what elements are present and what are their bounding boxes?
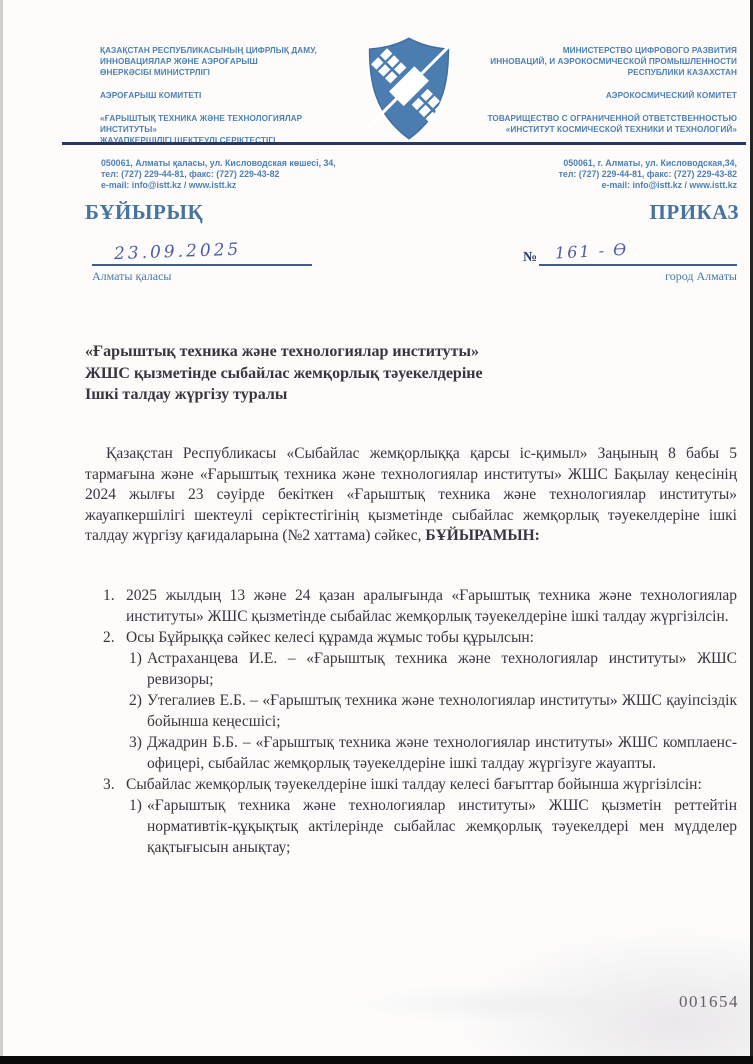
scan-edge-left [0, 0, 3, 1064]
order-subject: «Ғарыштық техника және технологиялар инс… [85, 341, 685, 406]
org-line: ӨНЕРКӘСІБІ МИНИСТРЛІГІ [100, 67, 352, 78]
address-line: тел: (727) 229-44-81, факс: (727) 229-43… [559, 169, 737, 180]
address-line: e-mail: info@istt.kz / www.istt.kz [559, 180, 737, 191]
order-item-2-sub-1: 1)Астраханцева И.Е. – «Ғарыштық техника … [85, 648, 737, 690]
item-number: 3. [103, 774, 115, 795]
item-text: 2025 жылдың 13 және 24 қазан аралығында … [126, 587, 737, 625]
order-items: 1.2025 жылдың 13 және 24 қазан аралығынд… [85, 585, 737, 858]
handwritten-number: 161 - Ө [539, 238, 629, 267]
scan-smudge [353, 984, 613, 1024]
order-title-russian: ПРИКАЗ [650, 200, 739, 225]
date-block: 23.09.2025 Алматы қаласы [92, 238, 312, 284]
subitem-text: Джадрин Б.Б. – «Ғарыштық техника және те… [147, 734, 737, 772]
subject-line: «Ғарыштық техника және технологиялар инс… [85, 341, 685, 363]
handwritten-date: 23.09.2025 [92, 234, 313, 268]
org-line: ИННОВАЦИЙ, И АЭРОКОСМИЧЕСКОЙ ПРОМЫШЛЕННО… [437, 56, 737, 67]
ministry-name-ru: МИНИСТЕРСТВО ЦИФРОВОГО РАЗВИТИЯ ИННОВАЦИ… [437, 45, 737, 78]
subitem-number: 1) [129, 648, 142, 669]
org-line: «ИНСТИТУТ КОСМИЧЕСКОЙ ТЕХНИКИ И ТЕХНОЛОГ… [437, 124, 737, 135]
number-row: № 161 - Ө [523, 240, 737, 266]
number-block: № 161 - Ө город Алматы [523, 240, 737, 284]
place-kazakh: Алматы қаласы [92, 269, 312, 284]
subitem-text: «Ғарыштық техника және технологиялар инс… [147, 797, 737, 856]
order-item-2-sub-2: 2)Утегалиев Е.Б. – «Ғарыштық техника жән… [85, 690, 737, 732]
number-underline: 161 - Ө [539, 240, 737, 266]
address-line: 050061, Алматы қаласы, ул. Кисловодская … [101, 158, 336, 169]
subitem-number: 3) [129, 732, 142, 753]
scan-edge-bottom [0, 1056, 753, 1064]
address-line: e-mail: info@istt.kz / www.istt.kz [101, 180, 336, 191]
address-line: тел: (727) 229-44-81, факс: (727) 229-43… [101, 169, 336, 180]
ministry-name-kk: ҚАЗАҚСТАН РЕСПУБЛИКАСЫНЫҢ ЦИФРЛЫҚ ДАМУ, … [100, 45, 352, 78]
item-number: 2. [103, 627, 115, 648]
org-line: ИННОВАЦИЯЛАР ЖӘНЕ АЭРОҒАРЫШ [100, 56, 352, 67]
order-item-2-sub-3: 3)Джадрин Б.Б. – «Ғарыштық техника және … [85, 732, 737, 774]
org-line: АЭРОКОСМИЧЕСКИЙ КОМИТЕТ [437, 90, 737, 101]
place-russian: город Алматы [523, 269, 737, 284]
org-line: МИНИСТЕРСТВО ЦИФРОВОГО РАЗВИТИЯ [437, 45, 737, 56]
header-divider [62, 142, 746, 145]
subject-line: ЖШС қызметінде сыбайлас жемқорлық тәуеке… [85, 363, 685, 385]
committee-name-kk: АЭРОҒАРЫШ КОМИТЕТІ [100, 90, 352, 101]
order-item-2: 2.Осы Бұйрыққа сәйкес келесі құрамда жұм… [85, 627, 737, 648]
address-block-ru: 050061, г. Алматы, ул. Кисловодская,34, … [559, 158, 737, 191]
address-line: 050061, г. Алматы, ул. Кисловодская,34, [559, 158, 737, 169]
order-item-1: 1.2025 жылдың 13 және 24 қазан аралығынд… [85, 585, 737, 627]
institute-name-ru: ТОВАРИЩЕСТВО С ОГРАНИЧЕННОЙ ОТВЕТСТВЕННО… [437, 113, 737, 135]
preamble-paragraph: Қазақстан Республикасы «Сыбайлас жемқорл… [85, 444, 737, 547]
item-text: Осы Бұйрыққа сәйкес келесі құрамда жұмыс… [126, 629, 534, 646]
org-line: ҚАЗАҚСТАН РЕСПУБЛИКАСЫНЫҢ ЦИФРЛЫҚ ДАМУ, [100, 45, 352, 56]
org-line: ТОВАРИЩЕСТВО С ОГРАНИЧЕННОЙ ОТВЕТСТВЕННО… [437, 113, 737, 124]
subitem-number: 2) [129, 690, 142, 711]
subitem-number: 1) [129, 795, 142, 816]
number-label: № [523, 250, 537, 266]
item-number: 1. [103, 585, 115, 606]
org-line: «ҒАРЫШТЫҚ ТЕХНИКА ЖӘНЕ ТЕХНОЛОГИЯЛАР ИНС… [100, 113, 352, 135]
preamble-text: Қазақстан Республикасы «Сыбайлас жемқорл… [85, 445, 737, 544]
committee-name-ru: АЭРОКОСМИЧЕСКИЙ КОМИТЕТ [437, 90, 737, 101]
scanned-order-page: ҚАЗАҚСТАН РЕСПУБЛИКАСЫНЫҢ ЦИФРЛЫҚ ДАМУ, … [0, 0, 753, 1064]
org-block-kazakh: ҚАЗАҚСТАН РЕСПУБЛИКАСЫНЫҢ ЦИФРЛЫҚ ДАМУ, … [100, 45, 352, 153]
decree-word: БҰЙЫРАМЫН: [425, 527, 539, 544]
org-block-russian: МИНИСТЕРСТВО ЦИФРОВОГО РАЗВИТИЯ ИННОВАЦИ… [437, 45, 737, 142]
subitem-text: Астраханцева И.Е. – «Ғарыштық техника жә… [147, 650, 737, 688]
org-line: РЕСПУБЛИКИ КАЗАХСТАН [437, 67, 737, 78]
subitem-text: Утегалиев Е.Б. – «Ғарыштық техника және … [147, 692, 737, 730]
item-text: Сыбайлас жемқорлық тәуекелдеріне ішкі та… [126, 776, 702, 793]
org-line: АЭРОҒАРЫШ КОМИТЕТІ [100, 90, 352, 101]
subject-line: Ішкі талдау жүргізу туралы [85, 384, 685, 406]
order-item-3: 3.Сыбайлас жемқорлық тәуекелдеріне ішкі … [85, 774, 737, 795]
order-item-3-sub-1: 1)«Ғарыштық техника және технологиялар и… [85, 795, 737, 858]
order-title-kazakh: БҰЙЫРЫҚ [85, 200, 203, 225]
address-block-kk: 050061, Алматы қаласы, ул. Кисловодская … [101, 158, 336, 191]
